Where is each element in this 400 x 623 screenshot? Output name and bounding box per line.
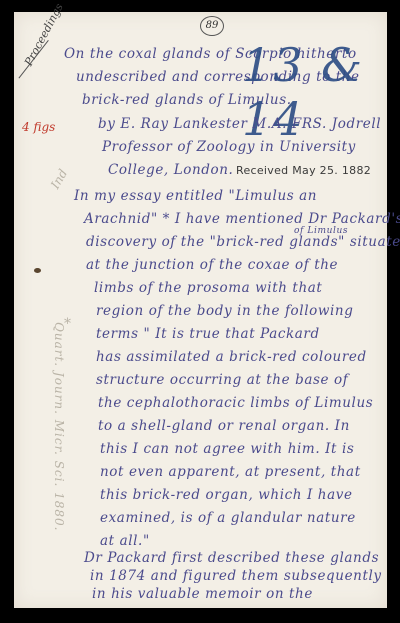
- body-line: examined, is of a glandular nature: [100, 510, 356, 526]
- body-line: the cephalothoracic limbs of Limulus: [98, 395, 373, 411]
- body-line: in his valuable memoir on the: [92, 586, 313, 602]
- body-line: at the junction of the coxae of the: [86, 257, 338, 273]
- margin-note-figures: 4 figs: [22, 120, 55, 134]
- body-line: In my essay entitled "Limulus an: [74, 188, 317, 204]
- body-line: to a shell-gland or renal organ. In: [98, 418, 350, 434]
- body-line: at all.": [100, 533, 150, 549]
- body-line: structure occurring at the base of: [96, 372, 348, 388]
- byline-line-2: Professor of Zoology in University: [102, 139, 356, 155]
- manuscript-page: 89 Proceedings 4 figs Ind * Quart. Journ…: [14, 12, 387, 608]
- ink-stain: [34, 268, 41, 273]
- margin-pencil-mark: Ind: [48, 167, 70, 191]
- body-line: region of the body in the following: [96, 303, 353, 319]
- body-line: terms " It is true that Packard: [96, 326, 320, 342]
- body-line: not even apparent, at present, that: [100, 464, 361, 480]
- received-stamp: Received May 25. 1882: [236, 164, 371, 177]
- body-line: this I can not agree with him. It is: [100, 441, 354, 457]
- byline-line-3: College, London.: [108, 162, 233, 178]
- body-line: in 1874 and figured them subsequently: [90, 568, 382, 584]
- margin-pencil-reference: Quart. Journ. Micr. Sci. 1880.: [52, 322, 66, 531]
- body-line: Arachnid" * I have mentioned Dr Packard'…: [84, 211, 400, 227]
- folio-number: 89: [200, 16, 224, 36]
- byline-line-1: by E. Ray Lankester M.A. FRS. Jodrell: [98, 116, 381, 132]
- body-line: discovery of the "brick-red glands" situ…: [86, 234, 400, 250]
- body-line: limbs of the prosoma with that: [94, 280, 322, 296]
- margin-note-proceedings: Proceedings: [22, 1, 66, 68]
- body-line: this brick-red organ, which I have: [100, 487, 353, 503]
- body-line: Dr Packard first described these glands: [84, 550, 379, 566]
- body-line: has assimilated a brick-red coloured: [96, 349, 367, 365]
